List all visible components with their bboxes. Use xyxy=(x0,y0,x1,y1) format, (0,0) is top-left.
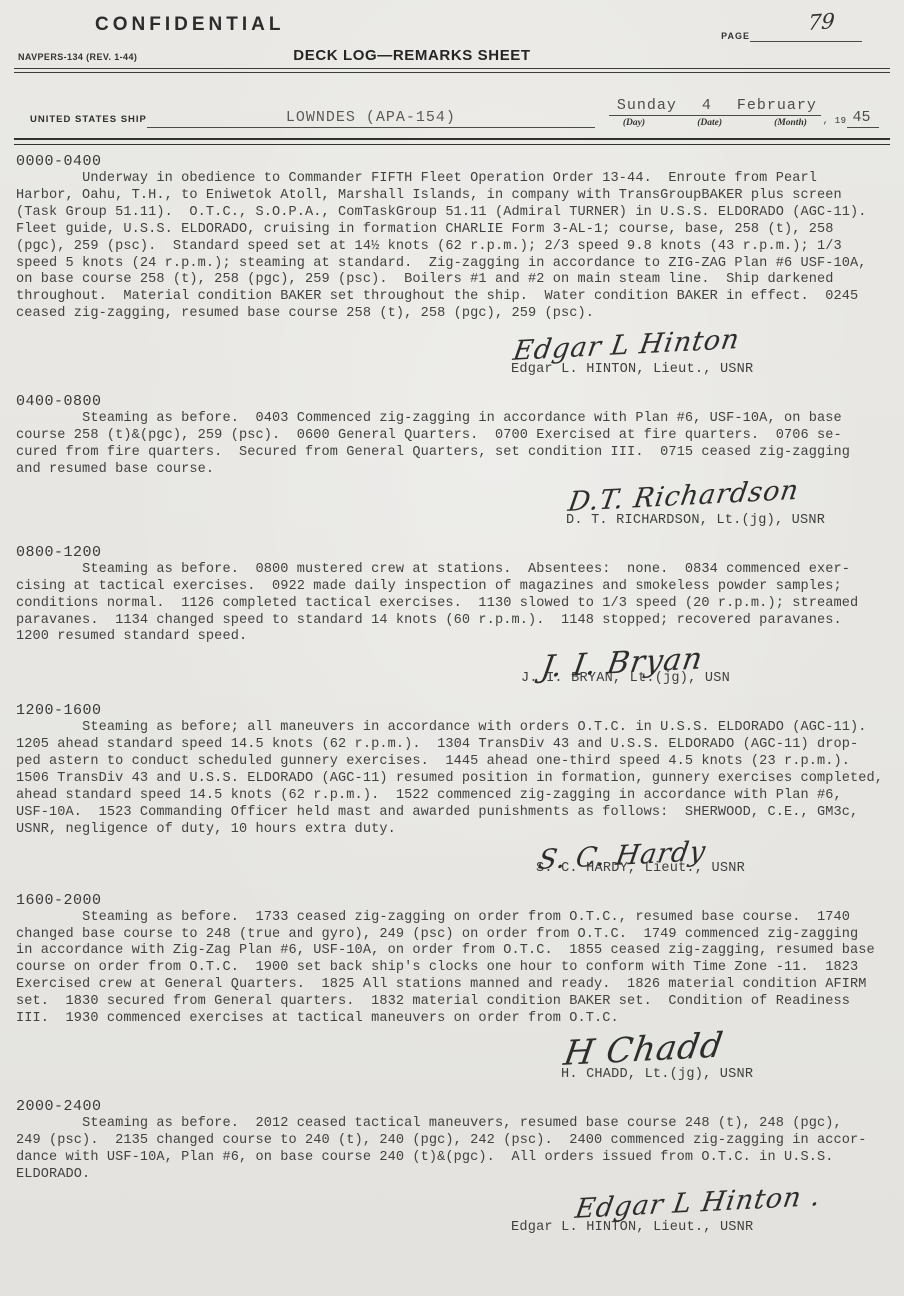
entry-time-range: 0000-0400 xyxy=(16,153,890,170)
entry-remarks: Steaming as before. 0800 mustered crew a… xyxy=(16,562,890,647)
ship-name-field: LOWNDES (APA-154) xyxy=(147,109,595,128)
date-column: Sunday 4 February (Day) (Date) (Month) xyxy=(609,97,821,128)
signature-script: D.T. Richardson xyxy=(566,474,801,517)
log-entries: 0000-0400 Underway in obedience to Comma… xyxy=(0,145,904,1235)
year-part: , 19 45 xyxy=(823,109,879,128)
sheet-title: DECK LOG—REMARKS SHEET xyxy=(0,47,824,64)
entry-time-range: 0400-0800 xyxy=(16,393,890,410)
date-fields: Sunday 4 February xyxy=(609,97,821,116)
signature-typed: Edgar L. HINTON, Lieut., USNR xyxy=(511,1220,890,1235)
month-label: (Month) xyxy=(774,118,807,128)
log-entry-0800-1200: 0800-1200 Steaming as before. 0800 muste… xyxy=(16,544,890,687)
log-entry-2000-2400: 2000-2400 Steaming as before. 2012 cease… xyxy=(16,1098,890,1235)
entry-remarks: Underway in obedience to Commander FIFTH… xyxy=(16,171,890,323)
header-form-row: NAVPERS-134 (REV. 1-44) DECK LOG—REMARKS… xyxy=(0,46,904,64)
log-entry-1600-2000: 1600-2000 Steaming as before. 1733 cease… xyxy=(16,892,890,1082)
page-label: PAGE xyxy=(721,31,750,42)
page-number-box: 79 PAGE xyxy=(721,10,862,42)
date-field: 4 xyxy=(702,97,712,114)
ship-date-row: UNITED STATES SHIP LOWNDES (APA-154) Sun… xyxy=(0,73,904,128)
signature-block: Edgar L Hinton . Edgar L. HINTON, Lieut.… xyxy=(511,1194,890,1235)
signature-block: Edgar L Hinton Edgar L. HINTON, Lieut., … xyxy=(511,336,890,377)
entry-time-range: 1600-2000 xyxy=(16,892,890,909)
signature-block: D.T. Richardson D. T. RICHARDSON, Lt.(jg… xyxy=(566,487,890,528)
day-field: Sunday xyxy=(617,97,677,114)
signature-block: J. I. Bryan J. I. BRYAN, Lt.(jg), USN xyxy=(521,650,890,686)
entry-time-range: 0800-1200 xyxy=(16,544,890,561)
signature-block: S. C. Hardy S. C. HARDY, Lieut., USNR xyxy=(536,845,890,876)
ship-row-divider xyxy=(14,138,890,145)
signature-script: Edgar L Hinton . xyxy=(573,1180,823,1224)
log-entry-0400-0800: 0400-0800 Steaming as before. 0403 Comme… xyxy=(16,393,890,528)
date-label: (Date) xyxy=(697,118,722,128)
entry-remarks: Steaming as before. 0403 Commenced zig-z… xyxy=(16,411,890,479)
day-label: (Day) xyxy=(623,118,645,128)
classification-stamp: CONFIDENTIAL xyxy=(95,10,284,36)
date-labels: (Day) (Date) (Month) xyxy=(609,116,821,128)
entry-time-range: 1200-1600 xyxy=(16,702,890,719)
signature-block: H Chadd H. CHADD, Lt.(jg), USNR xyxy=(561,1034,890,1082)
header-top-row: CONFIDENTIAL 79 PAGE xyxy=(0,0,904,44)
signature-script: Edgar L Hinton xyxy=(511,324,742,367)
log-entry-1200-1600: 1200-1600 Steaming as before; all maneuv… xyxy=(16,702,890,875)
signature-typed: Edgar L. HINTON, Lieut., USNR xyxy=(511,362,890,377)
year-field: 45 xyxy=(847,109,879,128)
entry-remarks: Steaming as before; all maneuvers in acc… xyxy=(16,720,890,838)
entry-remarks: Steaming as before. 2012 ceased tactical… xyxy=(16,1116,890,1184)
log-entry-0000-0400: 0000-0400 Underway in obedience to Comma… xyxy=(16,153,890,377)
ship-label: UNITED STATES SHIP xyxy=(30,114,147,128)
year-prefix: , 19 xyxy=(823,116,847,128)
entry-time-range: 2000-2400 xyxy=(16,1098,890,1115)
deck-log-page: CONFIDENTIAL 79 PAGE NAVPERS-134 (REV. 1… xyxy=(0,0,904,1296)
entry-remarks: Steaming as before. 1733 ceased zig-zagg… xyxy=(16,910,890,1028)
month-field: February xyxy=(737,97,817,114)
